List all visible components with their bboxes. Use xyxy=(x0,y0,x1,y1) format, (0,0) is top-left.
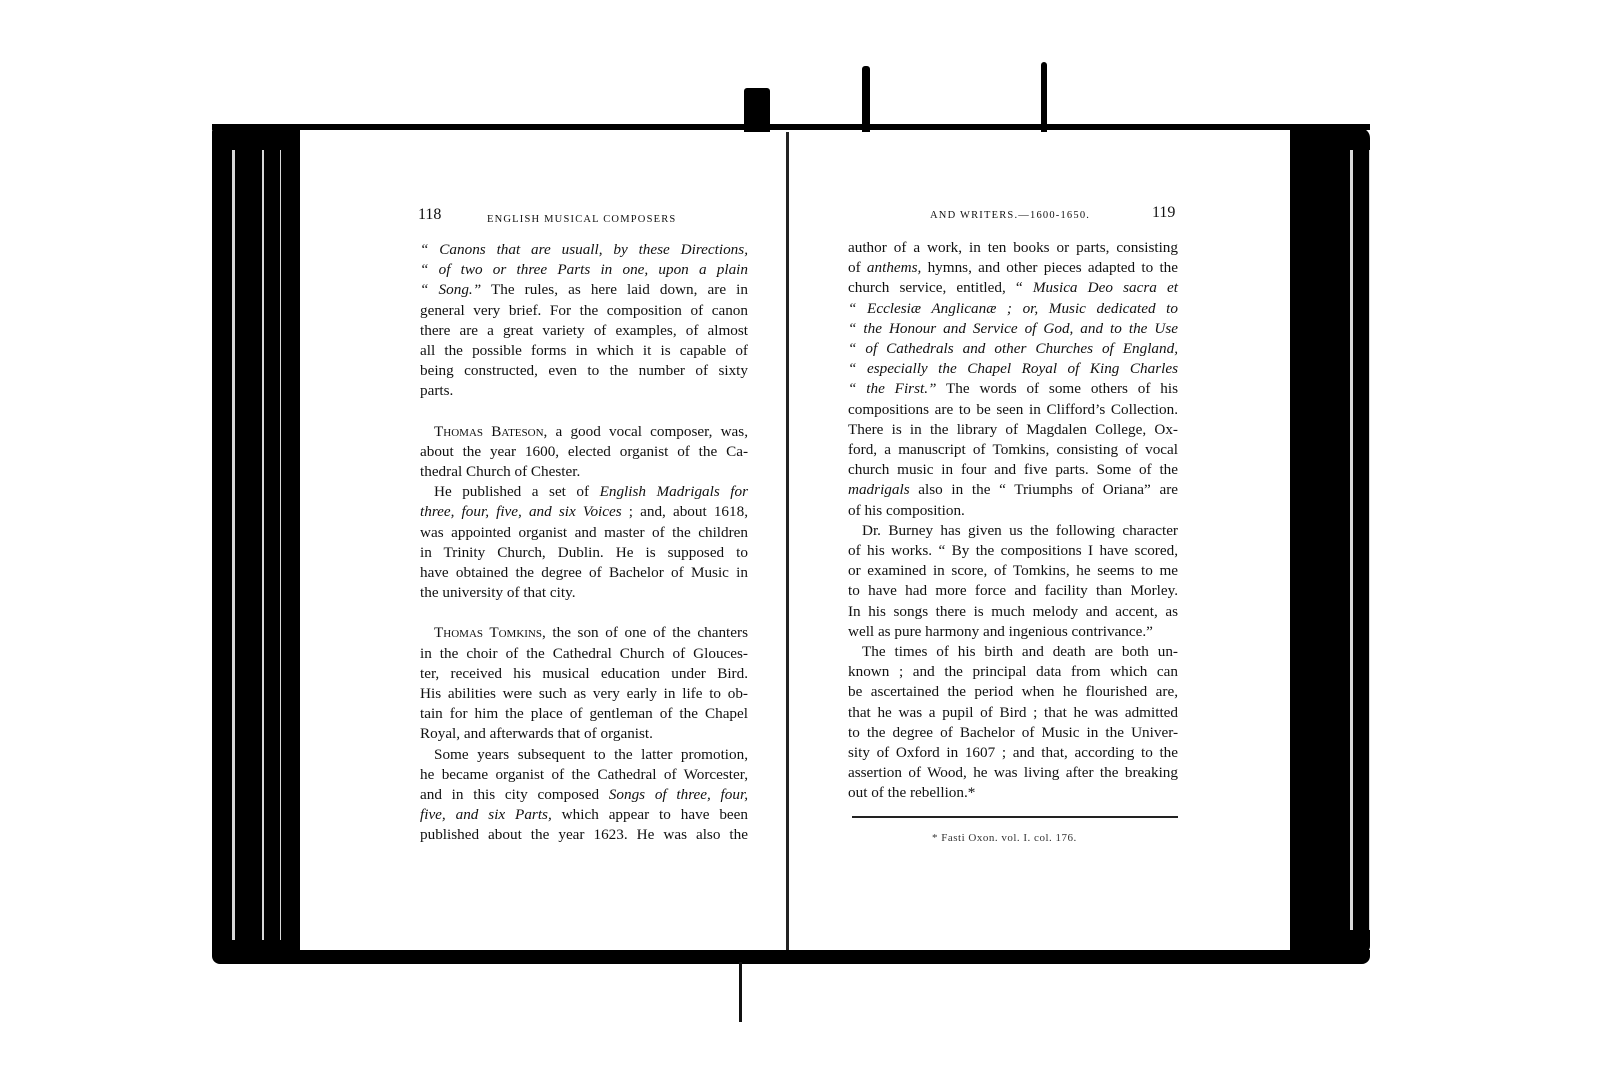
text-line: Thomas Tomkins, the son of one of the ch… xyxy=(434,623,748,643)
text-line: “ the First.” The words of some others o… xyxy=(848,379,1178,399)
text-line: there are a great variety of examples, o… xyxy=(420,321,748,341)
book-gutter xyxy=(786,132,789,950)
text-line: of anthems, hymns, and other pieces adap… xyxy=(848,258,1178,278)
text-line: three, four, five, and six Voices ; and,… xyxy=(420,502,748,522)
text-line: “ especially the Chapel Royal of King Ch… xyxy=(848,359,1178,379)
text-line: to have had more force and facility than… xyxy=(848,581,1178,601)
running-head-right: AND WRITERS.—1600-1650. xyxy=(930,210,1090,221)
text-line: ter, received his musical education unde… xyxy=(420,664,748,684)
text-line: author of a work, in ten books or parts,… xyxy=(848,238,1178,258)
bookmark-ribbon xyxy=(744,88,770,132)
text-line: compositions are to be seen in Clifford’… xyxy=(848,400,1178,420)
bookmark-ribbon xyxy=(1041,62,1047,132)
text-line: “ Ecclesiæ Anglicanæ ; or, Music dedicat… xyxy=(848,299,1178,319)
page-number-right: 119 xyxy=(1152,204,1175,222)
text-line: was appointed organist and master of the… xyxy=(420,523,748,543)
text-line: “ of two or three Parts in one, upon a p… xyxy=(420,260,748,280)
text-line: of his composition. xyxy=(848,501,1178,521)
text-line: to the degree of Bachelor of Music in th… xyxy=(848,723,1178,743)
page-edge-stripe xyxy=(1350,150,1353,930)
text-line: church service, entitled, “ Musica Deo s… xyxy=(848,278,1178,298)
text-line: He published a set of English Madrigals … xyxy=(434,482,748,502)
text-line: published about the year 1623. He was al… xyxy=(420,825,748,845)
text-line: Thomas Bateson, a good vocal composer, w… xyxy=(434,422,748,442)
text-line: assertion of Wood, he was living after t… xyxy=(848,763,1178,783)
bookmark-ribbon xyxy=(862,66,870,132)
text-line: in Trinity Church, Dublin. He is suppose… xyxy=(420,543,748,563)
text-line: have obtained the degree of Bachelor of … xyxy=(420,563,748,583)
text-line: church music in four and five parts. Som… xyxy=(848,460,1178,480)
text-line: “ Canons that are usuall, by these Direc… xyxy=(420,240,748,260)
running-head-left: ENGLISH MUSICAL COMPOSERS xyxy=(487,214,676,225)
text-line: known ; and the principal data from whic… xyxy=(848,662,1178,682)
text-line: Royal, and afterwards that of organist. xyxy=(420,724,748,744)
text-line: all the possible forms in which it is ca… xyxy=(420,341,748,361)
text-line: and in this city composed Songs of three… xyxy=(420,785,748,805)
text-line: In his songs there is much melody and ac… xyxy=(848,602,1178,622)
footnote: * Fasti Oxon. vol. I. col. 176. xyxy=(932,832,1077,844)
text-line: being constructed, even to the number of… xyxy=(420,361,748,381)
text-line: thedral Church of Chester. xyxy=(420,462,748,482)
text-line: that he was a pupil of Bird ; that he wa… xyxy=(848,703,1178,723)
page-edge-stripe xyxy=(262,150,264,940)
bookmark-ribbon xyxy=(739,962,742,1022)
footnote-rule xyxy=(852,816,1178,818)
book-cover-right-edge xyxy=(1290,128,1370,954)
page-edge-stripe xyxy=(232,150,235,940)
text-line: There is in the library of Magdalen Coll… xyxy=(848,420,1178,440)
text-line: out of the rebellion.* xyxy=(848,783,1178,803)
text-line: “ Song.” The rules, as here laid down, a… xyxy=(420,280,748,300)
text-line: in the choir of the Cathedral Church of … xyxy=(420,644,748,664)
text-line: he became organist of the Cathedral of W… xyxy=(420,765,748,785)
text-line: ford, a manuscript of Tomkins, consistin… xyxy=(848,440,1178,460)
text-line: parts. xyxy=(420,381,748,401)
text-line: about the year 1600, elected organist of… xyxy=(420,442,748,462)
text-line: of his works. “ By the compositions I ha… xyxy=(848,541,1178,561)
text-line: “ the Honour and Service of God, and to … xyxy=(848,319,1178,339)
text-line: tain for him the place of gentleman of t… xyxy=(420,704,748,724)
text-line: Some years subsequent to the latter prom… xyxy=(434,745,748,765)
page-edge-stripe xyxy=(1369,150,1371,930)
text-line: madrigals also in the “ Triumphs of Oria… xyxy=(848,480,1178,500)
page-number-left: 118 xyxy=(418,206,441,224)
text-line: five, and six Parts, which appear to hav… xyxy=(420,805,748,825)
page-edge-stripe xyxy=(280,150,281,940)
text-line: sity of Oxford in 1607 ; and that, accor… xyxy=(848,743,1178,763)
text-line: His abilities were such as very early in… xyxy=(420,684,748,704)
book-bottom-edge xyxy=(212,950,1370,964)
book-cover-left-edge xyxy=(212,126,300,964)
text-line: The times of his birth and death are bot… xyxy=(862,642,1178,662)
text-line: the university of that city. xyxy=(420,583,748,603)
text-line: or examined in score, of Tomkins, he see… xyxy=(848,561,1178,581)
text-line: well as pure harmony and ingenious contr… xyxy=(848,622,1178,642)
text-line: “ of Cathedrals and other Churches of En… xyxy=(848,339,1178,359)
text-line: general very brief. For the composition … xyxy=(420,301,748,321)
text-line: be ascertained the period when he flouri… xyxy=(848,682,1178,702)
text-line: Dr. Burney has given us the following ch… xyxy=(862,521,1178,541)
